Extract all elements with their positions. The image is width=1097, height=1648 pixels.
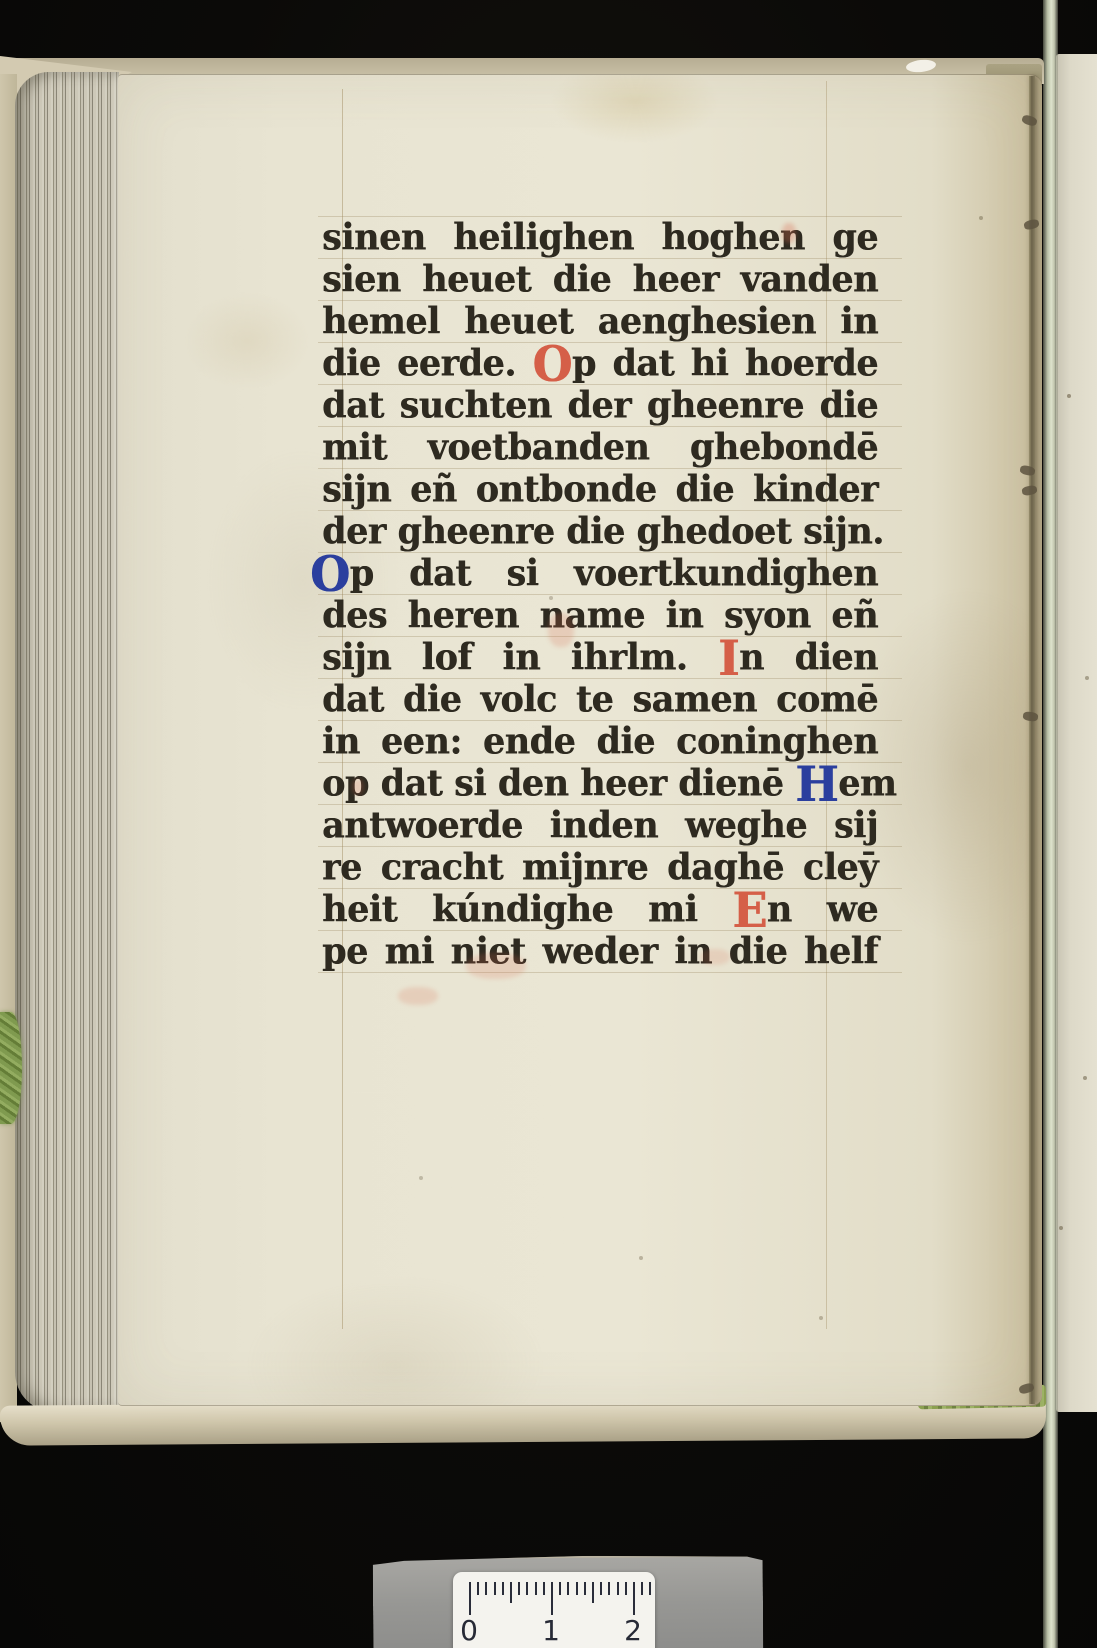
- red-offset-mark: [398, 987, 438, 1005]
- ruler-label: 0: [460, 1614, 478, 1647]
- manuscript-line: des heren name in syon eñ: [322, 594, 878, 638]
- facing-page-edge: [1056, 54, 1097, 1412]
- manuscript-line: pe mi niet weder in die helf: [322, 930, 878, 974]
- manuscript-page: sinen heilighen hoghen gesien heuet die …: [118, 74, 1042, 1406]
- dirt-specks: [118, 75, 120, 77]
- manuscript-text-segment: des heren name in syon eñ: [322, 594, 878, 637]
- green-fabric-left: [0, 1012, 22, 1124]
- manuscript-line: sijn eñ ontbonde die kinder: [322, 468, 878, 512]
- manuscript-line: die eerde. Op dat hi hoerde: [322, 342, 878, 386]
- manuscript-text-segment: re cracht mijnre daghē cleȳ: [322, 846, 878, 889]
- red-offset-mark: [782, 223, 796, 243]
- manuscript-text-segment: die eerde.: [322, 342, 532, 385]
- manuscript-line: der gheenre die ghedoet sijn.: [322, 510, 878, 554]
- manuscript-text-segment: n dien: [739, 636, 878, 679]
- manuscript-text-segment: antwoerde inden weghe sij: [322, 804, 878, 847]
- red-offset-mark: [548, 613, 574, 647]
- manuscript-text-segment: p dat hi hoerde: [572, 342, 878, 385]
- manuscript-line: re cracht mijnre daghē cleȳ: [322, 846, 878, 890]
- manuscript-text-segment: dat suchten der gheenre die: [322, 384, 878, 427]
- manuscript-photo: sinen heilighen hoghen gesien heuet die …: [0, 0, 1097, 1648]
- manuscript-text-segment: p dat si voertkundighen: [350, 552, 878, 595]
- manuscript-line: dat suchten der gheenre die: [322, 384, 878, 428]
- manuscript-text-segment: sijn eñ ontbonde die kinder: [322, 468, 878, 511]
- ruler-label: 2: [624, 1614, 642, 1647]
- manuscript-line: heit kúndighe mi En we: [322, 888, 878, 932]
- ruler-labels: 012: [453, 1572, 655, 1648]
- manuscript-line: Op dat si voertkundighen: [322, 552, 878, 596]
- manuscript-text-segment: dat die volc te samen comē: [322, 678, 878, 721]
- manuscript-line: op dat si den heer dienē Hem: [322, 762, 878, 806]
- manuscript-line: sijn lof in ihrlm. In dien: [322, 636, 878, 680]
- manuscript-text-segment: em: [838, 762, 896, 805]
- manuscript-line: mit voetbanden ghebondē: [322, 426, 878, 470]
- manuscript-text-segment: pe mi niet weder in die helf: [322, 930, 878, 973]
- manuscript-text-segment: sien heuet die heer vanden: [322, 258, 878, 301]
- manuscript-line: hemel heuet aenghesien in: [322, 300, 878, 344]
- manuscript-line: sien heuet die heer vanden: [322, 258, 878, 302]
- manuscript-text-segment: der gheenre die ghedoet sijn.: [322, 510, 884, 553]
- manuscript-text-segment: heit kúndighe mi: [322, 888, 732, 931]
- manuscript-text-segment: hemel heuet aenghesien in: [322, 300, 878, 343]
- red-offset-mark: [352, 779, 364, 795]
- ruler-sticker: 012: [453, 1572, 655, 1648]
- manuscript-line: antwoerde inden weghe sij: [322, 804, 878, 848]
- manuscript-text-segment: sijn lof in ihrlm.: [322, 636, 718, 679]
- manuscript-line: dat die volc te samen comē: [322, 678, 878, 722]
- red-offset-mark: [466, 953, 526, 979]
- manuscript-text-segment: mit voetbanden ghebondē: [322, 426, 878, 469]
- manuscript-text-segment: n we: [767, 888, 878, 931]
- page-stack-fore-edge: [15, 72, 119, 1412]
- ruler-label: 1: [542, 1614, 560, 1647]
- text-block: sinen heilighen hoghen gesien heuet die …: [322, 216, 878, 972]
- manuscript-text-segment: op dat si den heer dienē: [322, 762, 795, 805]
- gutter-seam: [1029, 76, 1035, 1404]
- red-offset-mark: [700, 949, 730, 965]
